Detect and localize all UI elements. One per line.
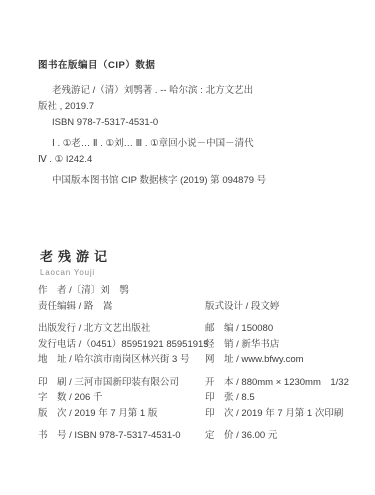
colophon-row: 字 数 / 206 千 印 张 / 8.5 <box>38 390 365 406</box>
colophon-row: 发行电话 /（0451）85951921 85951915 经 销 / 新华书店 <box>38 337 365 353</box>
empty-cell <box>205 283 365 299</box>
distributor-field: 经 销 / 新华书店 <box>205 337 365 353</box>
format-field: 开 本 / 880mm × 1230mm 1/32 <box>205 375 365 391</box>
cip-line: ISBN 978-7-5317-4531-0 <box>38 115 349 131</box>
book-title-pinyin: Laocan Youji <box>40 268 112 277</box>
publisher-field: 出版发行 / 北方文艺出版社 <box>38 321 205 337</box>
cip-line: Ⅰ . ①老… Ⅱ . ①刘… Ⅲ . ①章回小说－中国－清代 <box>38 136 349 152</box>
colophon-row: 作 者 /〔清〕刘 鹗 <box>38 283 365 299</box>
price-field: 定 价 / 36.00 元 <box>205 428 365 444</box>
colophon-row: 版 次 / 2019 年 7 月第 1 版 印 次 / 2019 年 7 月第 … <box>38 406 365 422</box>
edition-field: 版 次 / 2019 年 7 月第 1 版 <box>38 406 205 422</box>
author-field: 作 者 /〔清〕刘 鹗 <box>38 283 205 299</box>
layout-designer-field: 版式设计 / 段文婷 <box>205 299 365 315</box>
address-field: 地 址 / 哈尔滨市南岗区林兴街 3 号 <box>38 352 205 368</box>
copyright-page: 图书在版编目（CIP）数据 老残游记 /（清）刘鹗著 . -- 哈尔滨 : 北方… <box>0 0 375 495</box>
colophon: 作 者 /〔清〕刘 鹗 责任编辑 / 路 嵩 版式设计 / 段文婷 出版发行 /… <box>38 283 365 451</box>
word-count-field: 字 数 / 206 千 <box>38 390 205 406</box>
cip-line: 老残游记 /（清）刘鹗著 . -- 哈尔滨 : 北方文艺出 <box>38 83 349 99</box>
website-field: 网 址 / www.bfwy.com <box>205 352 365 368</box>
printer-field: 印 刷 / 三河市国新印装有限公司 <box>38 375 205 391</box>
book-title-block: 老残游记 Laocan Youji <box>40 246 112 277</box>
colophon-row: 书 号 / ISBN 978-7-5317-4531-0 定 价 / 36.00… <box>38 428 365 444</box>
cip-line: 中国版本图书馆 CIP 数据核字 (2019) 第 094879 号 <box>38 173 349 189</box>
book-title: 老残游记 <box>40 246 112 265</box>
cip-heading: 图书在版编目（CIP）数据 <box>38 58 349 74</box>
cip-block: 图书在版编目（CIP）数据 老残游记 /（清）刘鹗著 . -- 哈尔滨 : 北方… <box>38 58 349 189</box>
colophon-section-isbn-price: 书 号 / ISBN 978-7-5317-4531-0 定 价 / 36.00… <box>38 428 365 444</box>
colophon-section-credits: 作 者 /〔清〕刘 鹗 责任编辑 / 路 嵩 版式设计 / 段文婷 <box>38 283 365 314</box>
isbn-field: 书 号 / ISBN 978-7-5317-4531-0 <box>38 428 205 444</box>
colophon-section-printing: 印 刷 / 三河市国新印装有限公司 开 本 / 880mm × 1230mm 1… <box>38 375 365 422</box>
colophon-row: 责任编辑 / 路 嵩 版式设计 / 段文婷 <box>38 299 365 315</box>
postcode-field: 邮 编 / 150080 <box>205 321 365 337</box>
colophon-row: 印 刷 / 三河市国新印装有限公司 开 本 / 880mm × 1230mm 1… <box>38 375 365 391</box>
colophon-row: 地 址 / 哈尔滨市南岗区林兴街 3 号 网 址 / www.bfwy.com <box>38 352 365 368</box>
impression-field: 印 次 / 2019 年 7 月第 1 次印刷 <box>205 406 365 422</box>
cip-line: Ⅳ . ① I242.4 <box>38 152 349 168</box>
editor-field: 责任编辑 / 路 嵩 <box>38 299 205 315</box>
colophon-row: 出版发行 / 北方文艺出版社 邮 编 / 150080 <box>38 321 365 337</box>
colophon-section-publisher: 出版发行 / 北方文艺出版社 邮 编 / 150080 发行电话 /（0451）… <box>38 321 365 368</box>
cip-line: 版社 , 2019.7 <box>38 99 349 115</box>
phone-field: 发行电话 /（0451）85951921 85951915 <box>38 337 205 353</box>
sheets-field: 印 张 / 8.5 <box>205 390 365 406</box>
